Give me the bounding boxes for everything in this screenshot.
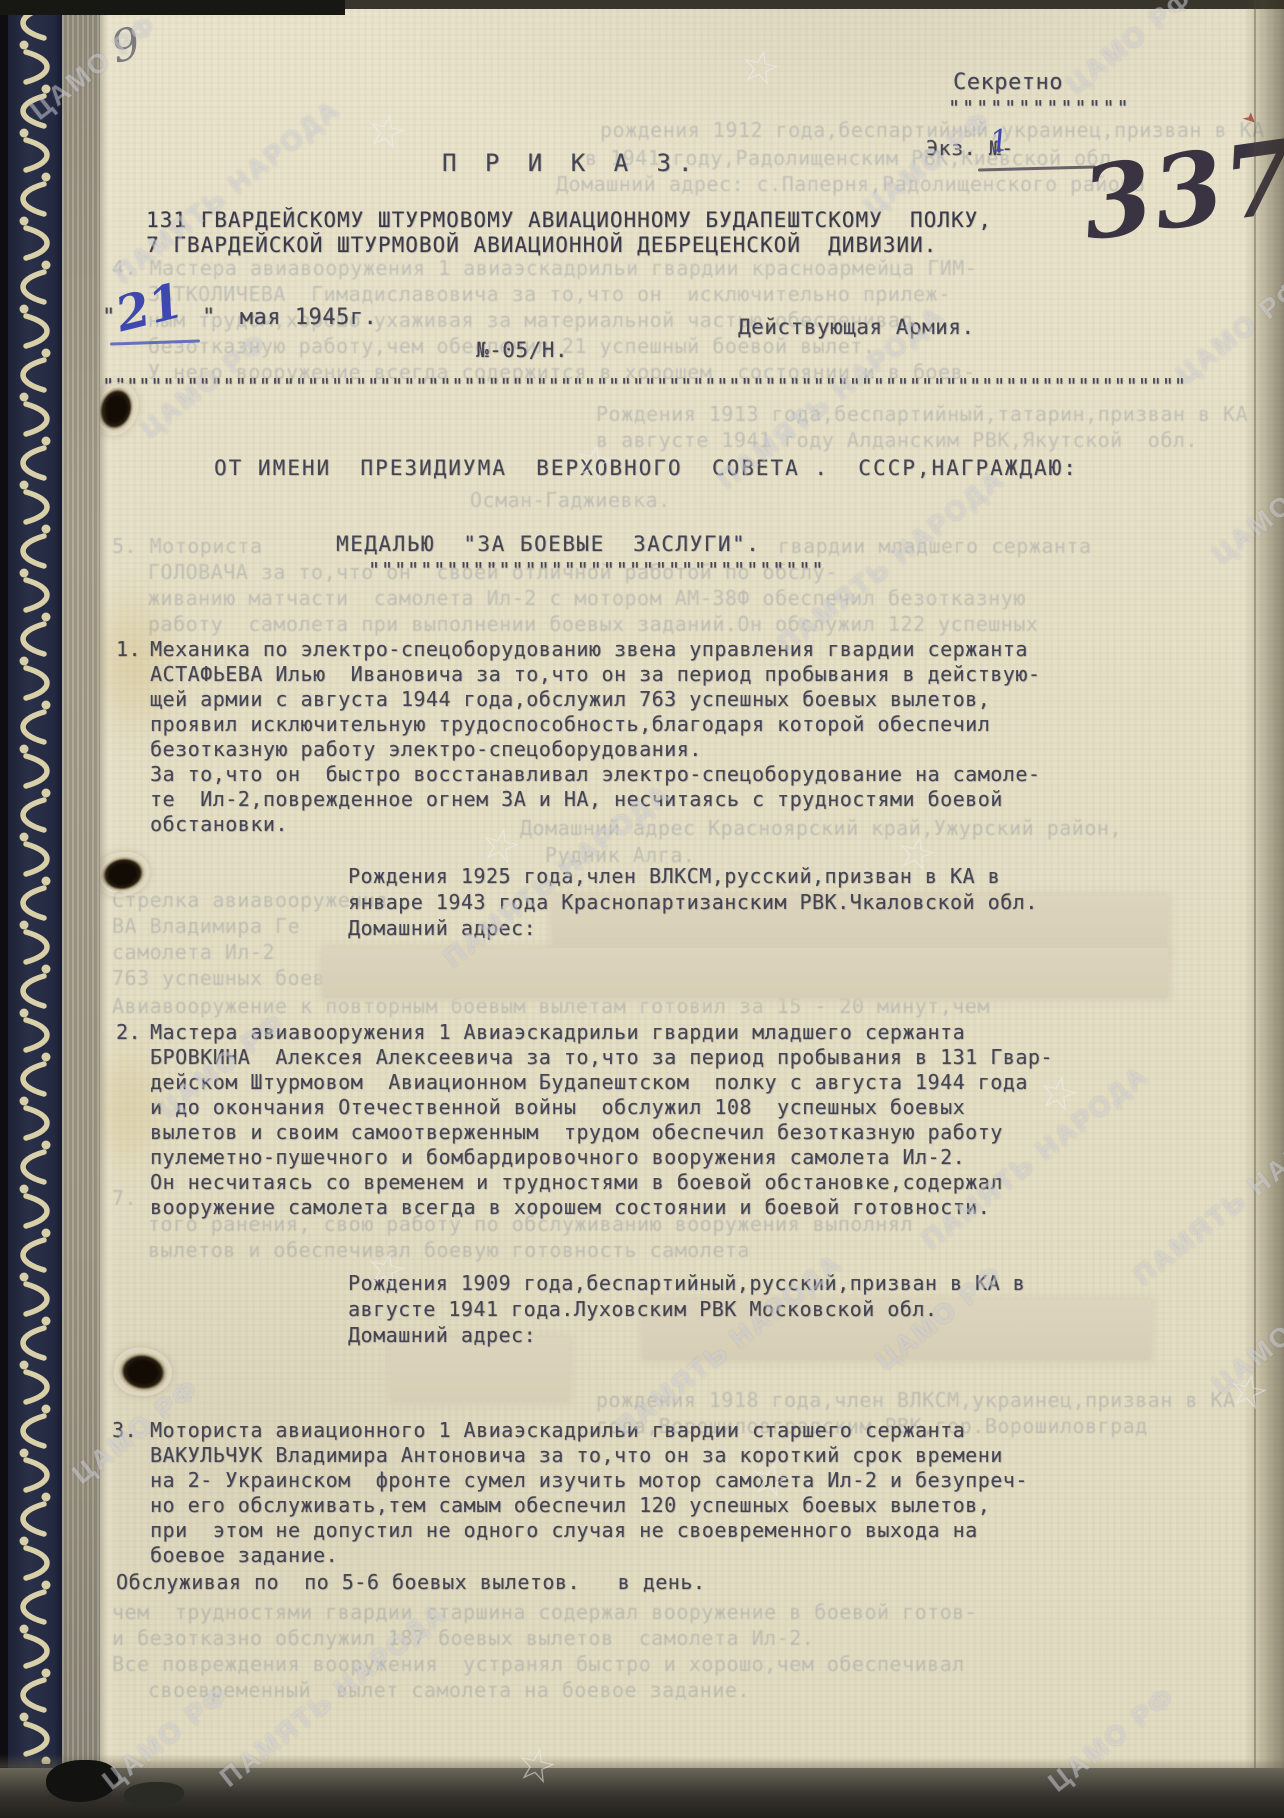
ghost-line: Стрелка авиавооружения [112, 888, 388, 912]
ghost-line: Рождения 1913 года,беспартийный,татарин,… [596, 402, 1248, 426]
date-text: мая 1945г. [226, 305, 377, 331]
date-close-quote: " [202, 305, 216, 331]
page-fold-shadow [1244, 0, 1284, 1818]
star-watermark-icon: ☆ [361, 100, 413, 161]
ghost-line: вылетов и обеспечивал боевую готовность … [148, 1238, 750, 1262]
ghost-line: и безотказно обслужил 187 боевых вылетов… [112, 1626, 814, 1650]
order-title: П Р И К А З. [442, 149, 699, 178]
redaction-block [391, 1338, 569, 1402]
ghost-line: живанию матчасти самолета Ил-2 с мотором… [148, 586, 1026, 610]
typed-line: АСТАФЬЕВА Илью Ивановича за то,что он за… [150, 662, 1040, 686]
ghost-line: самолета Ил-2 [112, 940, 275, 964]
ghost-line: 4. Мастера авиавооружения 1 авиаэскадрил… [112, 256, 977, 280]
binding-strip [8, 0, 62, 1818]
typed-line: пулеметно-пушечного и бомбардировочного … [150, 1145, 965, 1169]
medal-name: МЕДАЛЬЮ "ЗА БОЕВЫЕ ЗАСЛУГИ". [336, 532, 760, 557]
scanned-order-document: 9 Секретно Экз. №- 1 П Р И К А З. 337 13… [0, 0, 1284, 1818]
star-watermark-icon: ☆ [568, 430, 620, 491]
ghost-line: чем трудностями гвардии старшина содержа… [112, 1600, 977, 1624]
typed-line: и до окончания Отечественной войны обслу… [150, 1095, 965, 1119]
typed-line: январе 1943 года Краснопартизанским РВК.… [348, 890, 1038, 914]
item-number: 2. [116, 1020, 141, 1044]
scan-top-corner [0, 0, 345, 15]
binding-cloth-strip [62, 0, 100, 1770]
typed-line: те Ил-2,поврежденное огнем ЗА и НА, несч… [150, 787, 1003, 811]
typed-line: БРОВКИНА Алексея Алексеевича за то,что з… [150, 1045, 1053, 1069]
ghost-line: 7. [112, 1186, 137, 1210]
ghost-line: ЗАТКОЛИЧЕВА Гимадиславовича за то,что он… [148, 282, 951, 306]
star-watermark-icon: ☆ [735, 36, 787, 97]
secret-stamp: Секретно [953, 70, 1063, 96]
typed-line: Механика по электро-спецоборудованию зве… [150, 637, 1028, 661]
typed-line: ВАКУЛЬЧУК Владимира Антоновича за то,что… [150, 1443, 1003, 1467]
typed-line: За то,что он быстро восстанавливал элект… [150, 762, 1040, 786]
addressee-regiment: 131 ГВАРДЕЙСКОМУ ШТУРМОВОМУ АВИАЦИОННОМУ… [146, 208, 992, 233]
typed-line: августе 1941 года.Луховским РВК Московск… [348, 1297, 937, 1321]
typewriter-underline: """"""""""""""""""""""""""""""""""" [368, 558, 824, 582]
typed-line: на 2- Украинском фронте сумел изучить мо… [150, 1468, 1028, 1492]
typed-line: Он несчитаясь со временем и трудностями … [150, 1170, 1003, 1194]
ghost-line: ВА Владимира Ге [112, 914, 300, 938]
typed-line: безотказную работу электро-спецоборудова… [150, 737, 702, 761]
typed-line: проявил исключительную трудоспособность,… [150, 712, 990, 736]
typed-line: при этом не допустил не одного случая не… [150, 1518, 978, 1542]
ghost-line: 5. Моториста [112, 534, 263, 558]
addressee-division: 7 ГВАРДЕЙСКОЙ ШТУРМОВОЙ АВИАЦИОННОЙ ДЕБР… [146, 233, 937, 258]
typed-line: щей армии с августа 1944 года,обслужил 7… [150, 687, 990, 711]
award-preamble: ОТ ИМЕНИ ПРЕЗИДИУМА ВЕРХОВНОГО СОВЕТА . … [214, 456, 1078, 481]
ghost-line: в августе 1941 году Алданским РВК,Якутск… [596, 428, 1198, 452]
typed-line: обстановки. [150, 812, 288, 836]
order-number-typed: №-05/Н. [476, 338, 568, 363]
typed-line: вылетов и своим самоотверженным трудом о… [150, 1120, 1003, 1144]
typed-line: вооружение самолета всегда в хорошем сос… [150, 1195, 990, 1219]
typed-line: Обслуживая по по 5-6 боевых вылетов. в д… [116, 1570, 705, 1594]
punch-hole [115, 1349, 170, 1396]
ghost-line: своевременный вылет самолета на боевое з… [148, 1678, 750, 1702]
ghost-line: Осман-Гаджиевка. [470, 488, 671, 512]
scan-bottom-edge [0, 1768, 1284, 1818]
watermark-text: ЦАМО РФ [1061, 0, 1200, 100]
binding-wave-pattern-icon [8, 0, 62, 1764]
typed-line: Моториста авиационного 1 Авиаэскадрильи … [150, 1418, 965, 1442]
typed-line: дейском Штурмовом Авиационном Будапештск… [150, 1070, 1028, 1094]
item-number: 1. [116, 637, 141, 661]
ghost-line: Все повреждения вооружения устранял быст… [112, 1652, 965, 1676]
typed-line: но его обслуживать,тем самым обеспечил 1… [150, 1493, 990, 1517]
page-fold-crease [1254, 0, 1256, 1818]
typed-line: Рождения 1909 года,беспартийный,русский,… [348, 1271, 1025, 1295]
date-open-quote: " [102, 305, 116, 331]
typed-line: Домашний адрес: [348, 1323, 536, 1347]
typed-line: боевое задание. [150, 1543, 338, 1567]
ghost-line: работу самолета при выполнении боевых за… [148, 612, 1038, 636]
